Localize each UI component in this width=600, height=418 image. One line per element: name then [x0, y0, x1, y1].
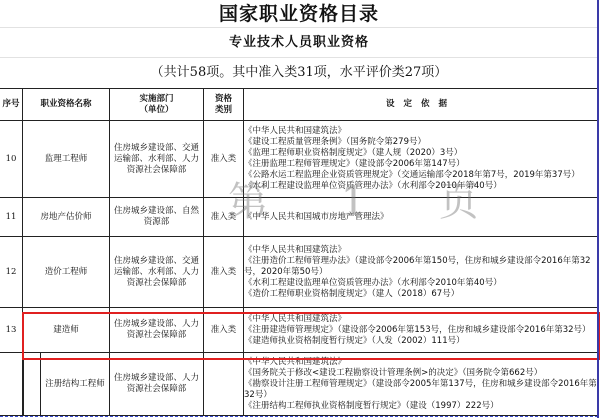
basis-line: 《建设工程质量管理条例》（国务院令第279号） [244, 137, 598, 148]
row-name: 监理工程师 [23, 121, 110, 198]
basis-line: 《勘察设计注册工程师管理规定》（建设部令2005年第137号，住房和城乡建设部令… [244, 379, 598, 401]
basis-line: 《监理工程师职业资格制度规定》（建人规（2020）3号） [244, 148, 598, 159]
row-no: 11 [0, 198, 23, 237]
qualification-table: 序号 职业资格名称 实施部门 （单位） 资格 类别 设定依据 10 监理工程师 … [0, 88, 599, 416]
basis-line: 《建造师执业资格制度暂行规定》（人发（2002）111号） [244, 336, 598, 347]
header-type-line2: 类别 [204, 105, 243, 116]
basis-line: 《注册建造师管理规定》（建设部令2006年第153号，住房和城乡建设部令2016… [244, 325, 598, 336]
basis-line: 《注册造价工程师管理办法》（建设部令2006年第150号，住房和城乡建设部令20… [244, 256, 598, 278]
row-dept: 住房城乡建设部、人力资源社会保障部 [110, 353, 204, 416]
table-row: 注册结构工程师 住房城乡建设部、人力资源社会保障部 《中华人民共和国建筑法》 《… [0, 353, 599, 416]
row-basis: 《中华人民共和国建筑法》 《注册造价工程师管理办法》（建设部令2006年第150… [244, 237, 599, 308]
row-basis: 《中华人民共和国城市房地产管理法》 [244, 198, 599, 237]
row-basis: 《中华人民共和国建筑法》 《国务院关于修改<建设工程勘察设计管理条例>的决定》（… [244, 353, 599, 416]
header-no: 序号 [0, 89, 23, 121]
row-name: 建造师 [23, 308, 110, 353]
header-basis: 设定依据 [244, 89, 599, 121]
row-no [0, 353, 23, 416]
basis-line: 《中华人民共和国建筑法》 [244, 357, 598, 368]
row-type: 准入类 [204, 308, 244, 353]
row-type: 准入类 [204, 121, 244, 198]
document-title: 国家职业资格目录 [0, 0, 598, 28]
header-dept: 实施部门 （单位） [110, 89, 204, 121]
row-dept: 住房城乡建设部、交通运输部、水利部、人力资源社会保障部 [110, 237, 204, 308]
row-no: 12 [0, 237, 23, 308]
basis-line: 《中华人民共和国建筑法》 [244, 245, 598, 256]
row-name: 注册结构工程师 [23, 353, 110, 416]
document-subtitle: 专业技术人员职业资格 [0, 28, 598, 58]
row-type [204, 353, 244, 416]
basis-line: 《中华人民共和国城市房地产管理法》 [244, 212, 598, 223]
header-name: 职业资格名称 [23, 89, 110, 121]
row-no: 10 [0, 121, 23, 198]
document-summary: （共计58项。其中准入类31项，水平评价类27项） [0, 58, 598, 88]
row-name-text: 注册结构工程师 [40, 353, 109, 415]
basis-line: 《水利工程建设监理单位资质管理办法》（水利部令2010年第40号） [244, 181, 598, 192]
row-name: 房地产估价师 [23, 198, 110, 237]
header-type-line1: 资格 [204, 94, 243, 105]
row-sub-no [23, 353, 40, 415]
row-basis: 《中华人民共和国建筑法》 《注册建造师管理规定》（建设部令2006年第153号，… [244, 308, 599, 353]
table-row-highlighted: 13 建造师 住房城乡建设部、人力资源社会保障部 准入类 《中华人民共和国建筑法… [0, 308, 599, 353]
header-dept-line2: （单位） [110, 105, 203, 116]
page-right-edge [597, 0, 599, 418]
basis-line: 《造价工程师职业资格制度规定》（建人（2018）67号） [244, 289, 598, 300]
row-type: 准入类 [204, 198, 244, 237]
table-header-row: 序号 职业资格名称 实施部门 （单位） 资格 类别 设定依据 [0, 89, 599, 121]
basis-line: 《中华人民共和国建筑法》 [244, 126, 598, 137]
header-type: 资格 类别 [204, 89, 244, 121]
row-type: 准入类 [204, 237, 244, 308]
basis-line: 《水利工程建设监理单位资质管理办法》（水利部令2010年第40号） [244, 278, 598, 289]
table-row: 12 造价工程师 住房城乡建设部、交通运输部、水利部、人力资源社会保障部 准入类… [0, 237, 599, 308]
row-no: 13 [0, 308, 23, 353]
page-break-line [0, 416, 598, 417]
basis-line: 《注册监理工程师管理规定》（建设部令2006年第147号） [244, 159, 598, 170]
basis-line: 《国务院关于修改<建设工程勘察设计管理条例>的决定》（国务院令第662号） [244, 368, 598, 379]
row-dept: 住房城乡建设部、交通运输部、水利部、人力资源社会保障部 [110, 121, 204, 198]
basis-line: 《注册结构工程师执业资格制度暂行规定》（建设（1997）222号） [244, 401, 598, 412]
row-basis: 《中华人民共和国建筑法》 《建设工程质量管理条例》（国务院令第279号） 《监理… [244, 121, 599, 198]
header-dept-line1: 实施部门 [110, 94, 203, 105]
table-row: 10 监理工程师 住房城乡建设部、交通运输部、水利部、人力资源社会保障部 准入类… [0, 121, 599, 198]
row-dept: 住房城乡建设部、自然资源部 [110, 198, 204, 237]
row-name: 造价工程师 [23, 237, 110, 308]
table-row: 11 房地产估价师 住房城乡建设部、自然资源部 准入类 《中华人民共和国城市房地… [0, 198, 599, 237]
row-dept: 住房城乡建设部、人力资源社会保障部 [110, 308, 204, 353]
basis-line: 《公路水运工程监理企业资质管理规定》（交通运输部令2018年第7号，2019年第… [244, 170, 598, 181]
basis-line: 《中华人民共和国建筑法》 [244, 314, 598, 325]
